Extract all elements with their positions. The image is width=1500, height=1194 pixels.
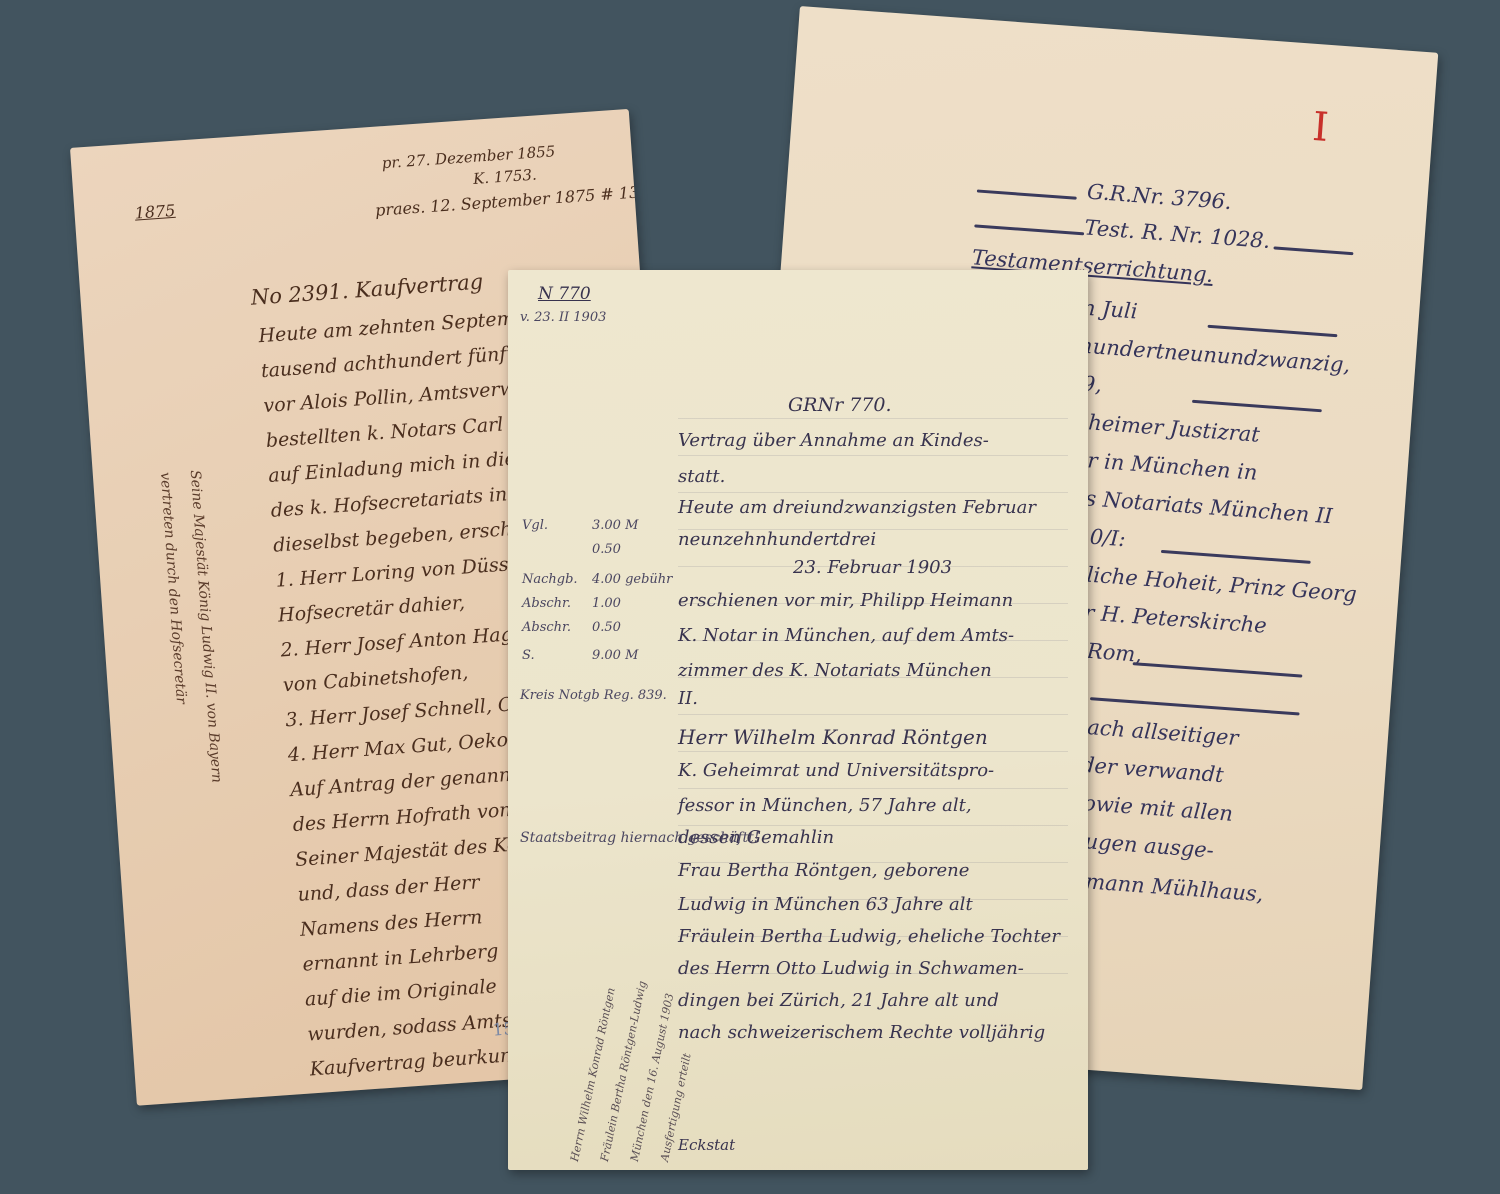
body-line: von Cabinetshofen, (282, 662, 469, 697)
fill-line (1208, 325, 1338, 338)
date-note: v. 23. II 1903 (520, 310, 606, 325)
fill-line (974, 224, 1084, 235)
document-adoption-contract-1903: N 770 v. 23. II 1903 GRNr 770. Vertrag ü… (508, 270, 1088, 1170)
body-line: Hofsecretär dahier, (277, 592, 465, 627)
document-heading: GRNr 770. (788, 394, 892, 416)
fee-value: 0.50 (592, 542, 621, 557)
body-line: auf Einladung mich in die (268, 448, 517, 487)
ruled-line (678, 455, 1068, 456)
register-number: G.R.Nr. 3796. (1086, 180, 1232, 215)
ruled-line (678, 788, 1068, 789)
ruled-line (678, 751, 1068, 752)
body-line: K. Notar in München, auf dem Amts- (678, 625, 1014, 646)
margin-note: vertreten durch den Hofsecretär (157, 472, 189, 705)
ruled-line (678, 492, 1068, 493)
margin-note: Staatsbeitrag hiernach geschäftt! (520, 830, 759, 846)
body-line: wurden, sodass Amts (307, 1009, 513, 1045)
fill-line (1192, 400, 1322, 413)
fee-label: Nachgb. (522, 572, 578, 587)
body-line: neunzehnhundertdrei (678, 529, 876, 550)
testament-register-number: Test. R. Nr. 1028. (1084, 215, 1271, 253)
body-line: statt. (678, 466, 725, 487)
fee-value: 3.00 M (592, 518, 638, 533)
body-line: Heute am dreiundzwanzigsten Februar (678, 497, 1036, 518)
body-line: Fräulein Bertha Ludwig, eheliche Tochter (678, 926, 1060, 947)
fee-total: 9.00 M (592, 648, 638, 663)
fill-line (1273, 246, 1353, 255)
fee-value: 1.00 (592, 596, 621, 611)
date-line: 23. Februar 1903 (793, 557, 952, 578)
register-note: Kreis Notgb Reg. 839. (520, 688, 667, 703)
margin-note: Seine Majestät König Ludwig II. von Baye… (187, 470, 225, 784)
fee-label: Abschr. (522, 596, 571, 611)
body-line-roentgen: Herr Wilhelm Konrad Röntgen (678, 725, 988, 749)
body-line: Auf Antrag der genannten (290, 762, 543, 802)
ruled-line (678, 714, 1068, 715)
signature: Eckstat (678, 1136, 735, 1154)
body-line: fessor in München, 57 Jahre alt, (678, 795, 972, 816)
document-number: N 770 (538, 284, 591, 304)
document-title: No 2391. Kaufvertrag (250, 270, 484, 310)
body-line: des k. Hofsecretariats in (270, 483, 508, 521)
body-line: 2. Herr Josef Anton Hagg (280, 622, 526, 661)
header-line: praes. 12. September 1875 # 1367 (374, 181, 660, 220)
fee-label: Vgl. (522, 518, 548, 533)
body-line: dingen bei Zürich, 21 Jahre alt und (678, 990, 999, 1011)
body-line: auf die im Originale (304, 975, 497, 1010)
body-line: K. Geheimrat und Universitätspro- (678, 760, 994, 781)
body-line: Namens des Herrn (299, 906, 483, 941)
ruled-line (678, 418, 1068, 419)
body-line: und, dass der Herr (297, 871, 480, 906)
body-line: zimmer des K. Notariats München (678, 660, 992, 681)
body-line: Vertrag über Annahme an Kindes- (678, 430, 989, 451)
fill-line (1133, 662, 1303, 677)
body-line: ernannt in Lehrberg (302, 940, 499, 976)
fee-label: S. (522, 648, 535, 663)
fill-line (1090, 697, 1300, 715)
body-line: Ludwig in München 63 Jahre alt (678, 894, 973, 915)
body-line: Heute am zehnten September (258, 305, 548, 347)
body-line: des Herrn Otto Ludwig in Schwamen- (678, 958, 1024, 979)
body-line: II. (678, 688, 698, 709)
body-line: des Herrn Hofrath von (292, 799, 512, 836)
ruled-line (678, 825, 1068, 826)
header-line: K. 1753. (473, 166, 538, 188)
fee-label: Abschr. (522, 620, 571, 635)
body-line: Frau Bertha Röntgen, geborene (678, 860, 969, 881)
fill-line (1161, 550, 1311, 564)
year-note: 1875 (134, 201, 176, 223)
fee-value: 4.00 gebühr (592, 572, 672, 587)
body-line: erschienen vor mir, Philipp Heimann (678, 590, 1013, 611)
body-line: nach schweizerischem Rechte volljährig (678, 1022, 1045, 1043)
red-roman-numeral-mark: I (1311, 104, 1330, 151)
fee-value: 0.50 (592, 620, 621, 635)
fill-line (977, 189, 1077, 199)
